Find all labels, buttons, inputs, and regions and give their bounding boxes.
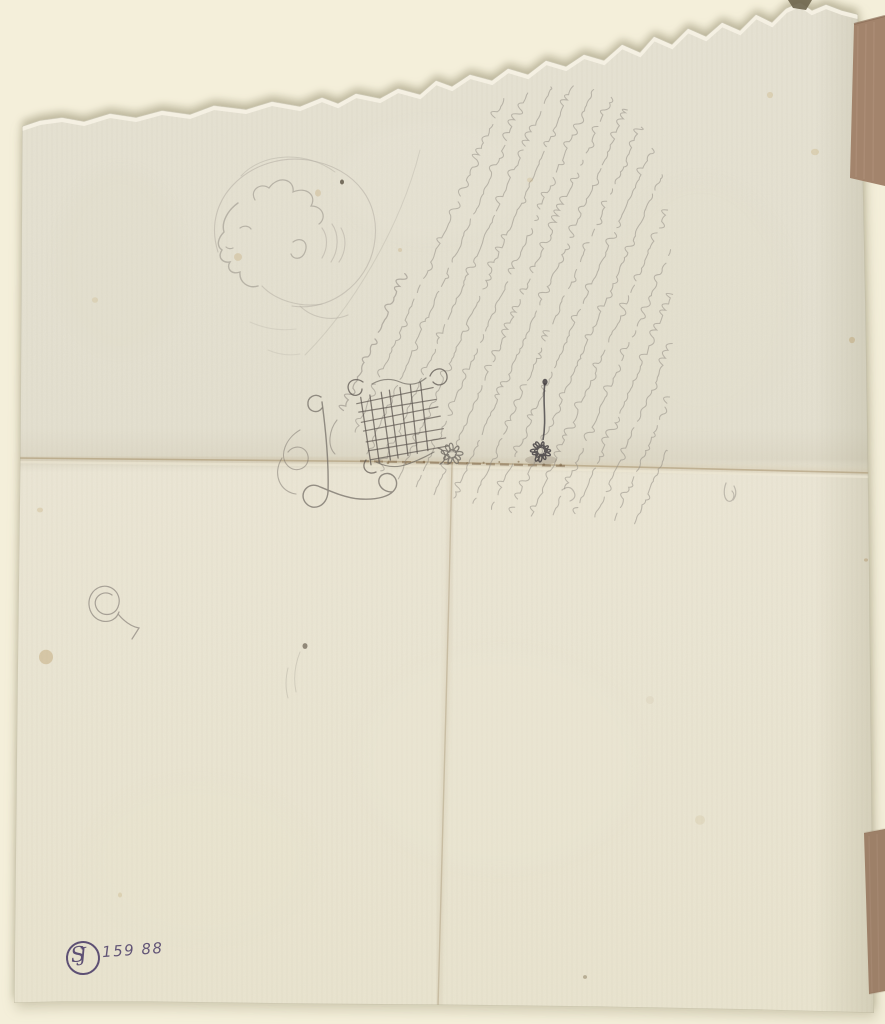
scene [0, 0, 885, 1024]
adhesive-tape-top-right [850, 16, 885, 186]
scanned-document-sheet: S J 159 88 [0, 0, 885, 1024]
